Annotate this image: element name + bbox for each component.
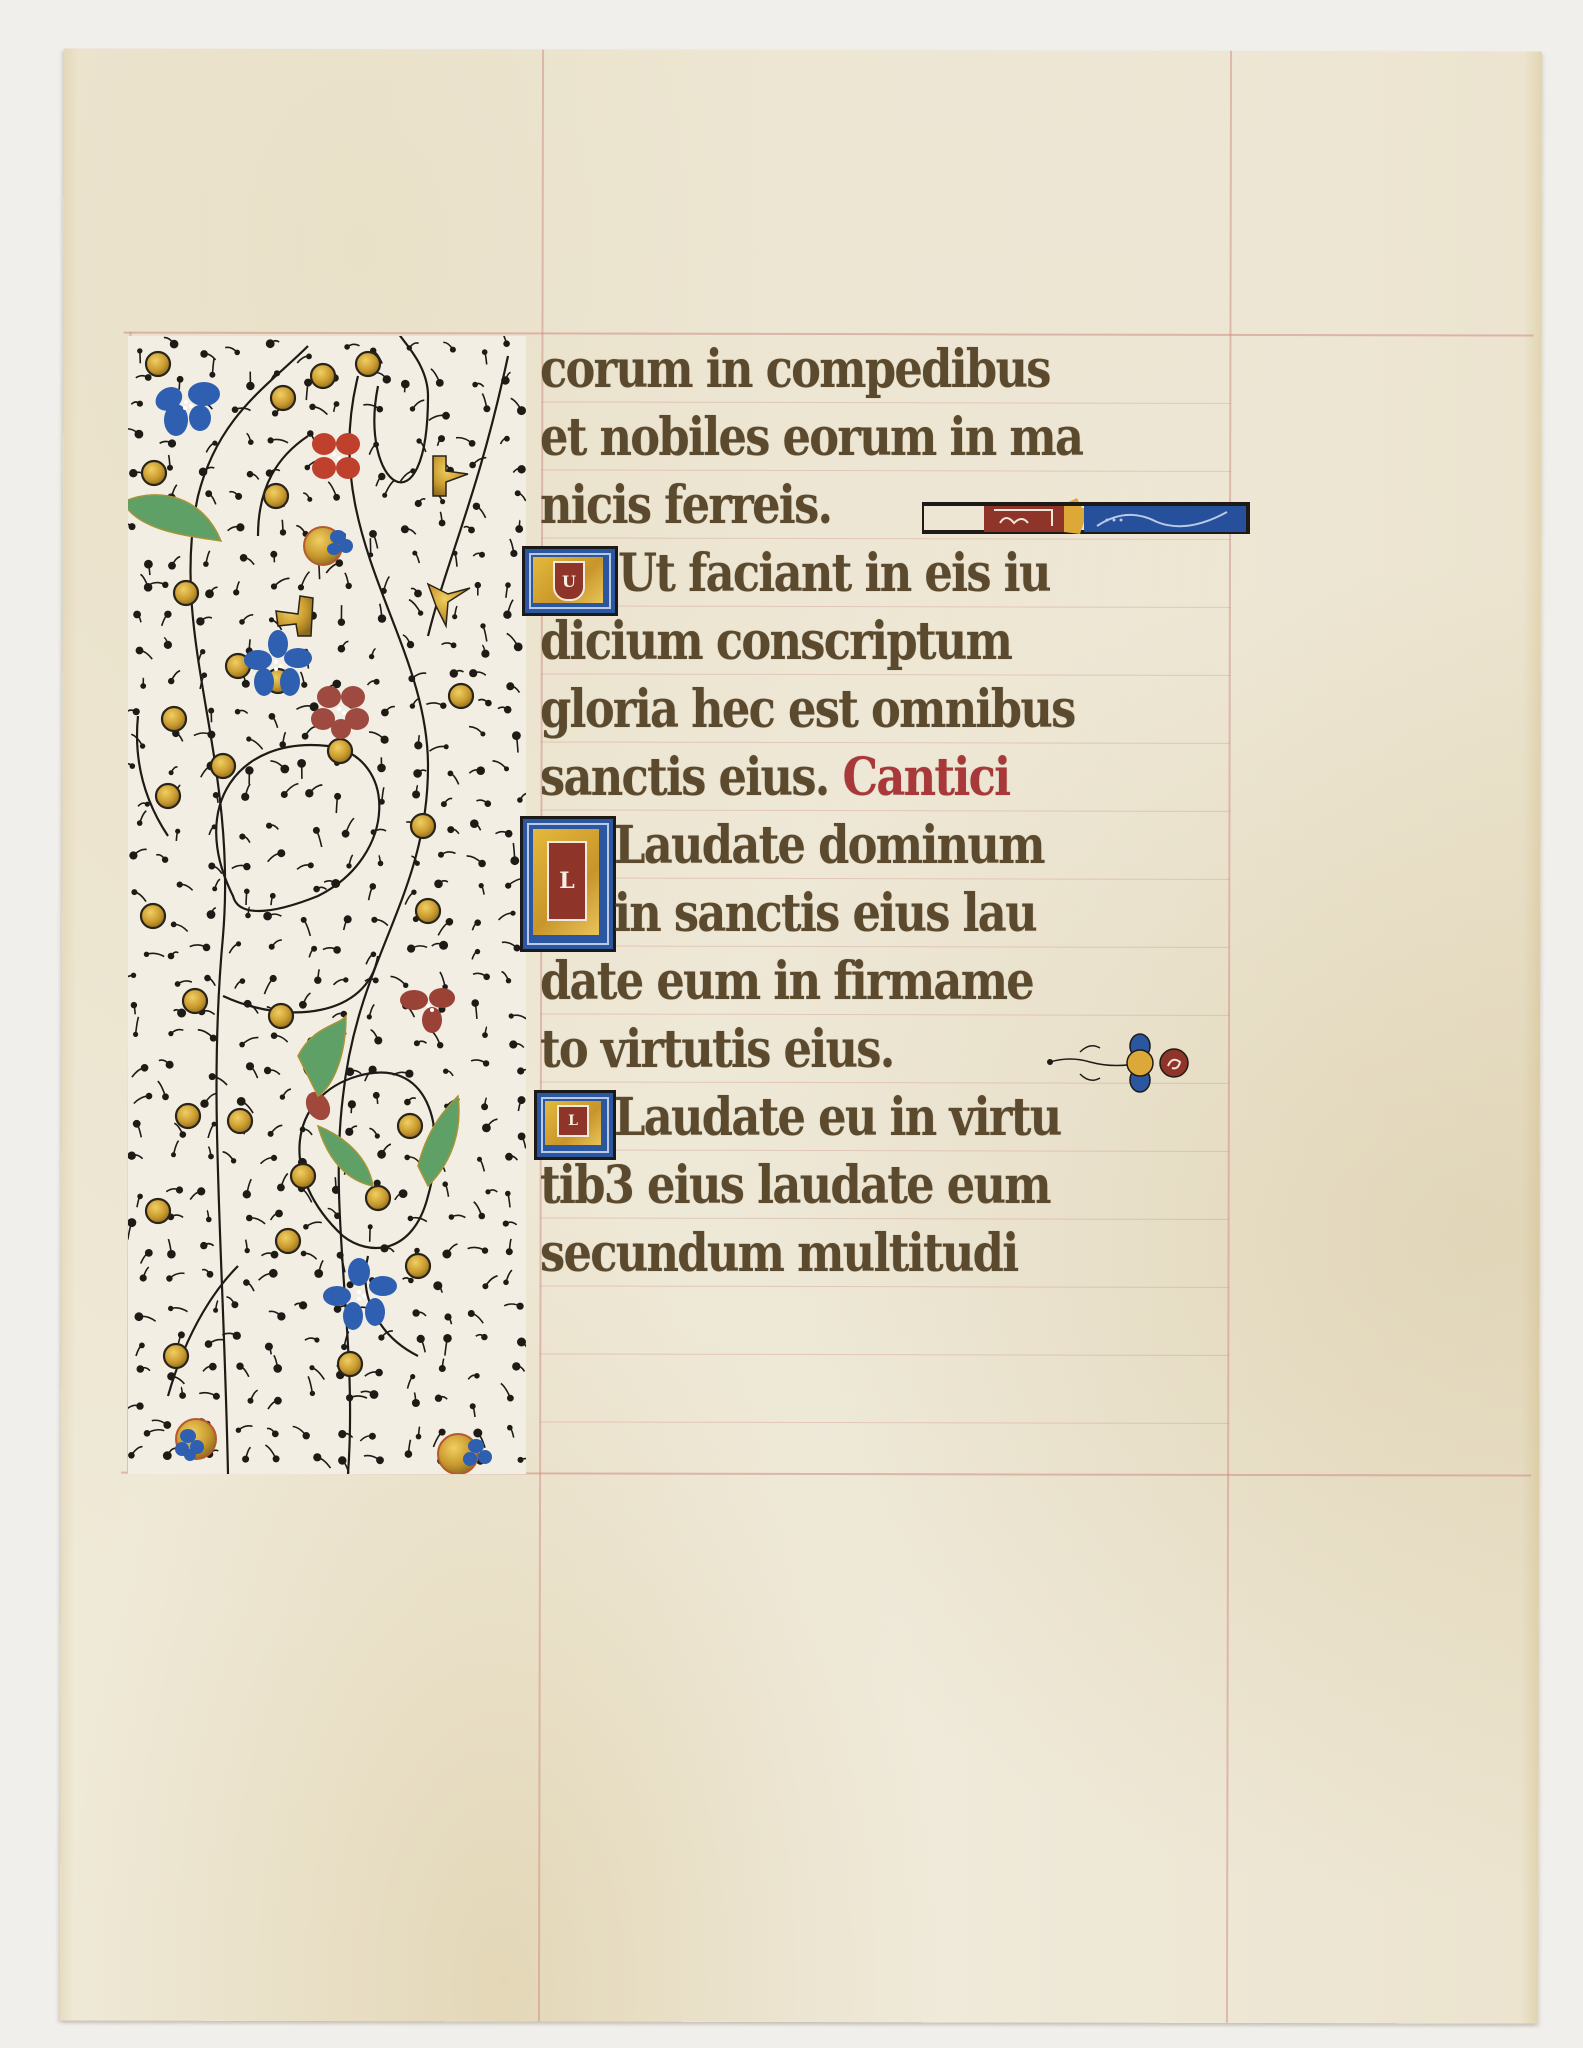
text-line-10: date eum in firmame [540, 948, 1033, 1016]
text-line-4: Ut faciant in eis iu [618, 540, 1050, 608]
text-ruling [64, 48, 1542, 51]
rubric-cantici: Cantici [842, 747, 1009, 808]
text-line-2: et nobiles eorum in ma [540, 404, 1082, 472]
line-filler-flourish-icon [1040, 1026, 1210, 1096]
initial-letter: L [568, 1113, 578, 1129]
illuminated-initial-u: U [522, 546, 618, 616]
initial-letter: U [562, 572, 576, 591]
text-line-3-main: nicis ferreis. [540, 475, 831, 536]
text-line-6: gloria hec est omnibus [540, 676, 1075, 744]
text-line-14: secundum multitudi [540, 1220, 1018, 1288]
text-line-7: sanctis eius. Cantici [540, 744, 1009, 812]
text-line-9: in sanctis eius lau [614, 880, 1036, 948]
initial-letter: L [559, 868, 574, 894]
text-line-3: nicis ferreis. [540, 472, 831, 540]
line-filler-bar-icon [922, 498, 1250, 538]
text-line-8: Laudate dominum [614, 812, 1044, 880]
floral-border [128, 336, 526, 1474]
text-line-1: corum in compedibus [540, 336, 1050, 404]
text-line-7-main: sanctis eius. [540, 747, 829, 808]
illuminated-initial-l-large: L [520, 816, 616, 952]
ruling-line-text-right [1226, 51, 1232, 2023]
border-vine-icon [128, 336, 526, 1474]
text-line-5: dicium conscriptum [540, 608, 1011, 676]
text-line-12: Laudate eu in virtu [614, 1084, 1060, 1152]
illuminated-initial-l-small: L [534, 1090, 616, 1160]
text-line-13: tib3 eius laudate eum [540, 1152, 1050, 1220]
text-line-11: to virtutis eius. [540, 1016, 894, 1084]
